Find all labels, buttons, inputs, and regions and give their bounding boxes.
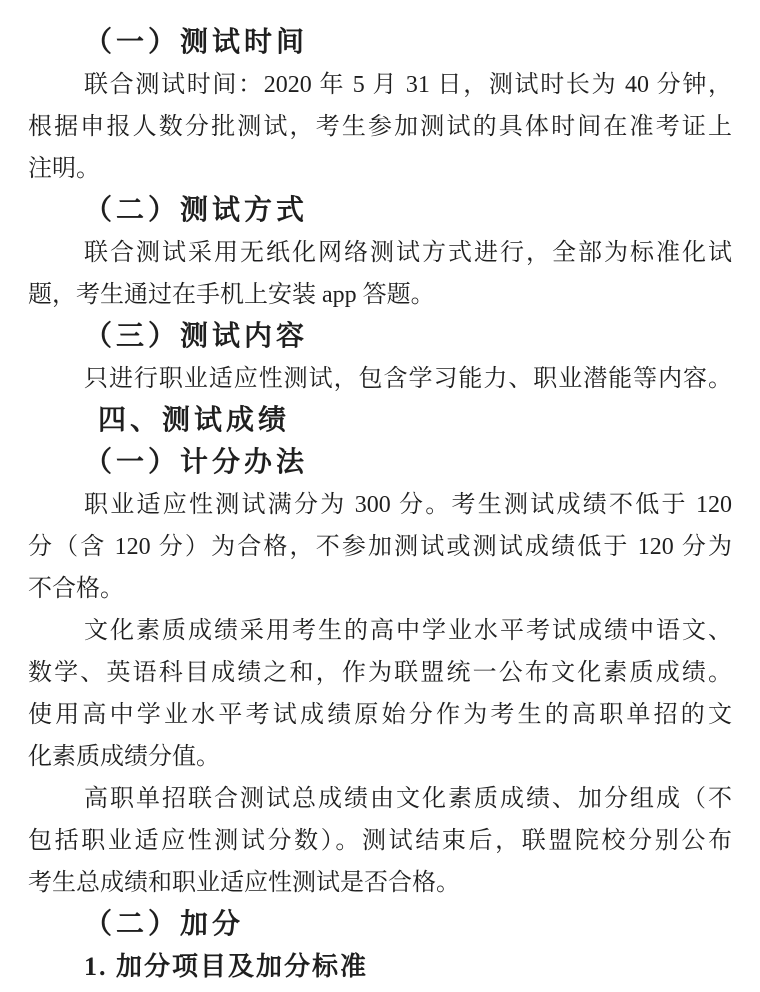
section-3-heading: （三）测试内容: [28, 316, 732, 358]
section-3-para-1-line-1: 只进行职业适应性测试，包含学习能力、职业潜能等内容。: [28, 358, 732, 400]
scoring-para-2-line-1: 文化素质成绩采用考生的高中学业水平考试成绩中语文、: [28, 610, 732, 652]
scoring-para-1-line-3: 不合格。: [28, 568, 732, 610]
scoring-para-3-line-1: 高职单招联合测试总成绩由文化素质成绩、加分组成（不: [28, 778, 732, 820]
chapter-4-heading: 四、测试成绩: [28, 400, 732, 442]
scoring-para-1-line-1: 职业适应性测试满分为 300 分。考生测试成绩不低于 120: [28, 484, 732, 526]
document-page: （一）测试时间 联合测试时间：2020 年 5 月 31 日，测试时长为 40 …: [0, 0, 760, 992]
scoring-para-3-line-3: 考生总成绩和职业适应性测试是否合格。: [28, 862, 732, 904]
chapter-4-section-2-heading: （二）加分: [28, 904, 732, 946]
section-1-para-1-line-2: 根据申报人数分批测试，考生参加测试的具体时间在准考证上: [28, 106, 732, 148]
bonus-item-1-heading: 1. 加分项目及加分标准: [28, 946, 732, 988]
scoring-para-2-line-4: 化素质成绩分值。: [28, 736, 732, 778]
section-1-heading: （一）测试时间: [28, 22, 732, 64]
section-2-heading: （二）测试方式: [28, 190, 732, 232]
scoring-para-3-line-2: 包括职业适应性测试分数）。测试结束后，联盟院校分别公布: [28, 820, 732, 862]
section-1-para-1-line-3: 注明。: [28, 148, 732, 190]
scoring-para-2-line-3: 使用高中学业水平考试成绩原始分作为考生的高职单招的文: [28, 694, 732, 736]
scoring-para-1-line-2: 分（含 120 分）为合格，不参加测试或测试成绩低于 120 分为: [28, 526, 732, 568]
section-2-para-1-line-2: 题，考生通过在手机上安装 app 答题。: [28, 274, 732, 316]
chapter-4-section-1-heading: （一）计分办法: [28, 442, 732, 484]
scoring-para-2-line-2: 数学、英语科目成绩之和，作为联盟统一公布文化素质成绩。: [28, 652, 732, 694]
section-2-para-1-line-1: 联合测试采用无纸化网络测试方式进行，全部为标准化试: [28, 232, 732, 274]
section-1-para-1-line-1: 联合测试时间：2020 年 5 月 31 日，测试时长为 40 分钟，: [28, 64, 732, 106]
